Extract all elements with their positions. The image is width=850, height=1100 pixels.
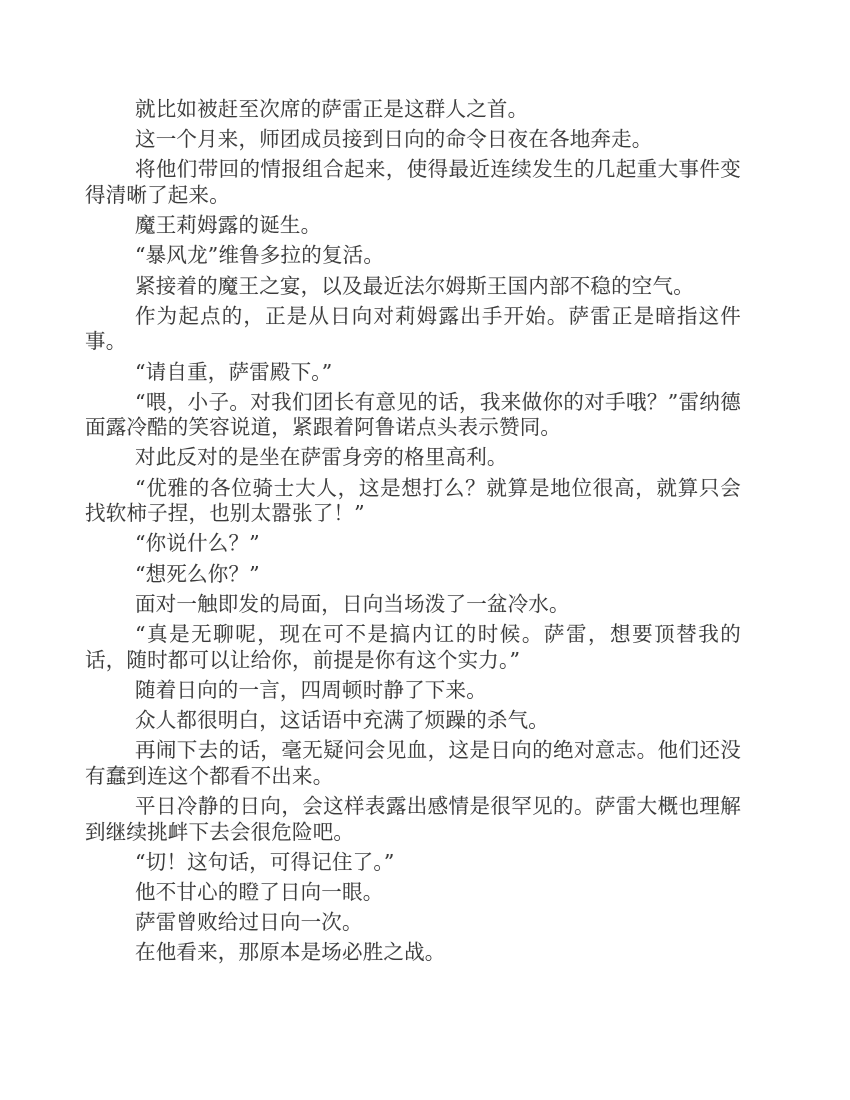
novel-page: 就比如被赶至次席的萨雷正是这群人之首。 这一个月来，师团成员接到日向的命令日夜在…	[0, 0, 850, 1100]
paragraph: 这一个月来，师团成员接到日向的命令日夜在各地奔走。	[85, 127, 741, 153]
paragraph: 就比如被赶至次席的萨雷正是这群人之首。	[85, 97, 741, 123]
paragraph: “你说什么？”	[85, 531, 741, 557]
paragraph: “切！这句话，可得记住了。”	[85, 850, 741, 876]
paragraph: “想死么你？”	[85, 562, 741, 588]
paragraph: 紧接着的魔王之宴，以及最近法尔姆斯王国内部不稳的空气。	[85, 274, 741, 300]
paragraph: “真是无聊呢，现在可不是搞内讧的时候。萨雷，想要顶替我的话，随时都可以让给你，前…	[85, 622, 741, 673]
paragraph: 在他看来，那原本是场必胜之战。	[85, 940, 741, 966]
page-background: { "document": { "language": "zh-CN", "ba…	[0, 0, 850, 1100]
paragraph: “暴风龙”维鲁多拉的复活。	[85, 243, 741, 269]
paragraph: 众人都很明白，这话语中充满了烦躁的杀气。	[85, 708, 741, 734]
paragraph: “喂，小子。对我们团长有意见的话，我来做你的对手哦？”雷纳德面露冷酷的笑容说道，…	[85, 390, 741, 441]
paragraph: “优雅的各位骑士大人，这是想打么？就算是地位很高，就算只会找软柿子捏，也别太嚣张…	[85, 476, 741, 527]
paragraph: “请自重，萨雷殿下。”	[85, 360, 741, 386]
paragraph: 萨雷曾败给过日向一次。	[85, 910, 741, 936]
paragraph: 随着日向的一言，四周顿时静了下来。	[85, 678, 741, 704]
paragraph: 魔王莉姆露的诞生。	[85, 213, 741, 239]
paragraph: 将他们带回的情报组合起来，使得最近连续发生的几起重大事件变得清晰了起来。	[85, 157, 741, 208]
paragraph: 面对一触即发的局面，日向当场泼了一盆冷水。	[85, 592, 741, 618]
paragraph: 他不甘心的瞪了日向一眼。	[85, 880, 741, 906]
paragraph: 作为起点的，正是从日向对莉姆露出手开始。萨雷正是暗指这件事。	[85, 304, 741, 355]
text-block: 就比如被赶至次席的萨雷正是这群人之首。 这一个月来，师团成员接到日向的命令日夜在…	[85, 97, 741, 970]
paragraph: 平日冷静的日向，会这样表露出感情是很罕见的。萨雷大概也理解到继续挑衅下去会很危险…	[85, 794, 741, 845]
paragraph: 对此反对的是坐在萨雷身旁的格里高利。	[85, 445, 741, 471]
paragraph: 再闹下去的话，毫无疑问会见血，这是日向的绝对意志。他们还没有蠢到连这个都看不出来…	[85, 738, 741, 789]
